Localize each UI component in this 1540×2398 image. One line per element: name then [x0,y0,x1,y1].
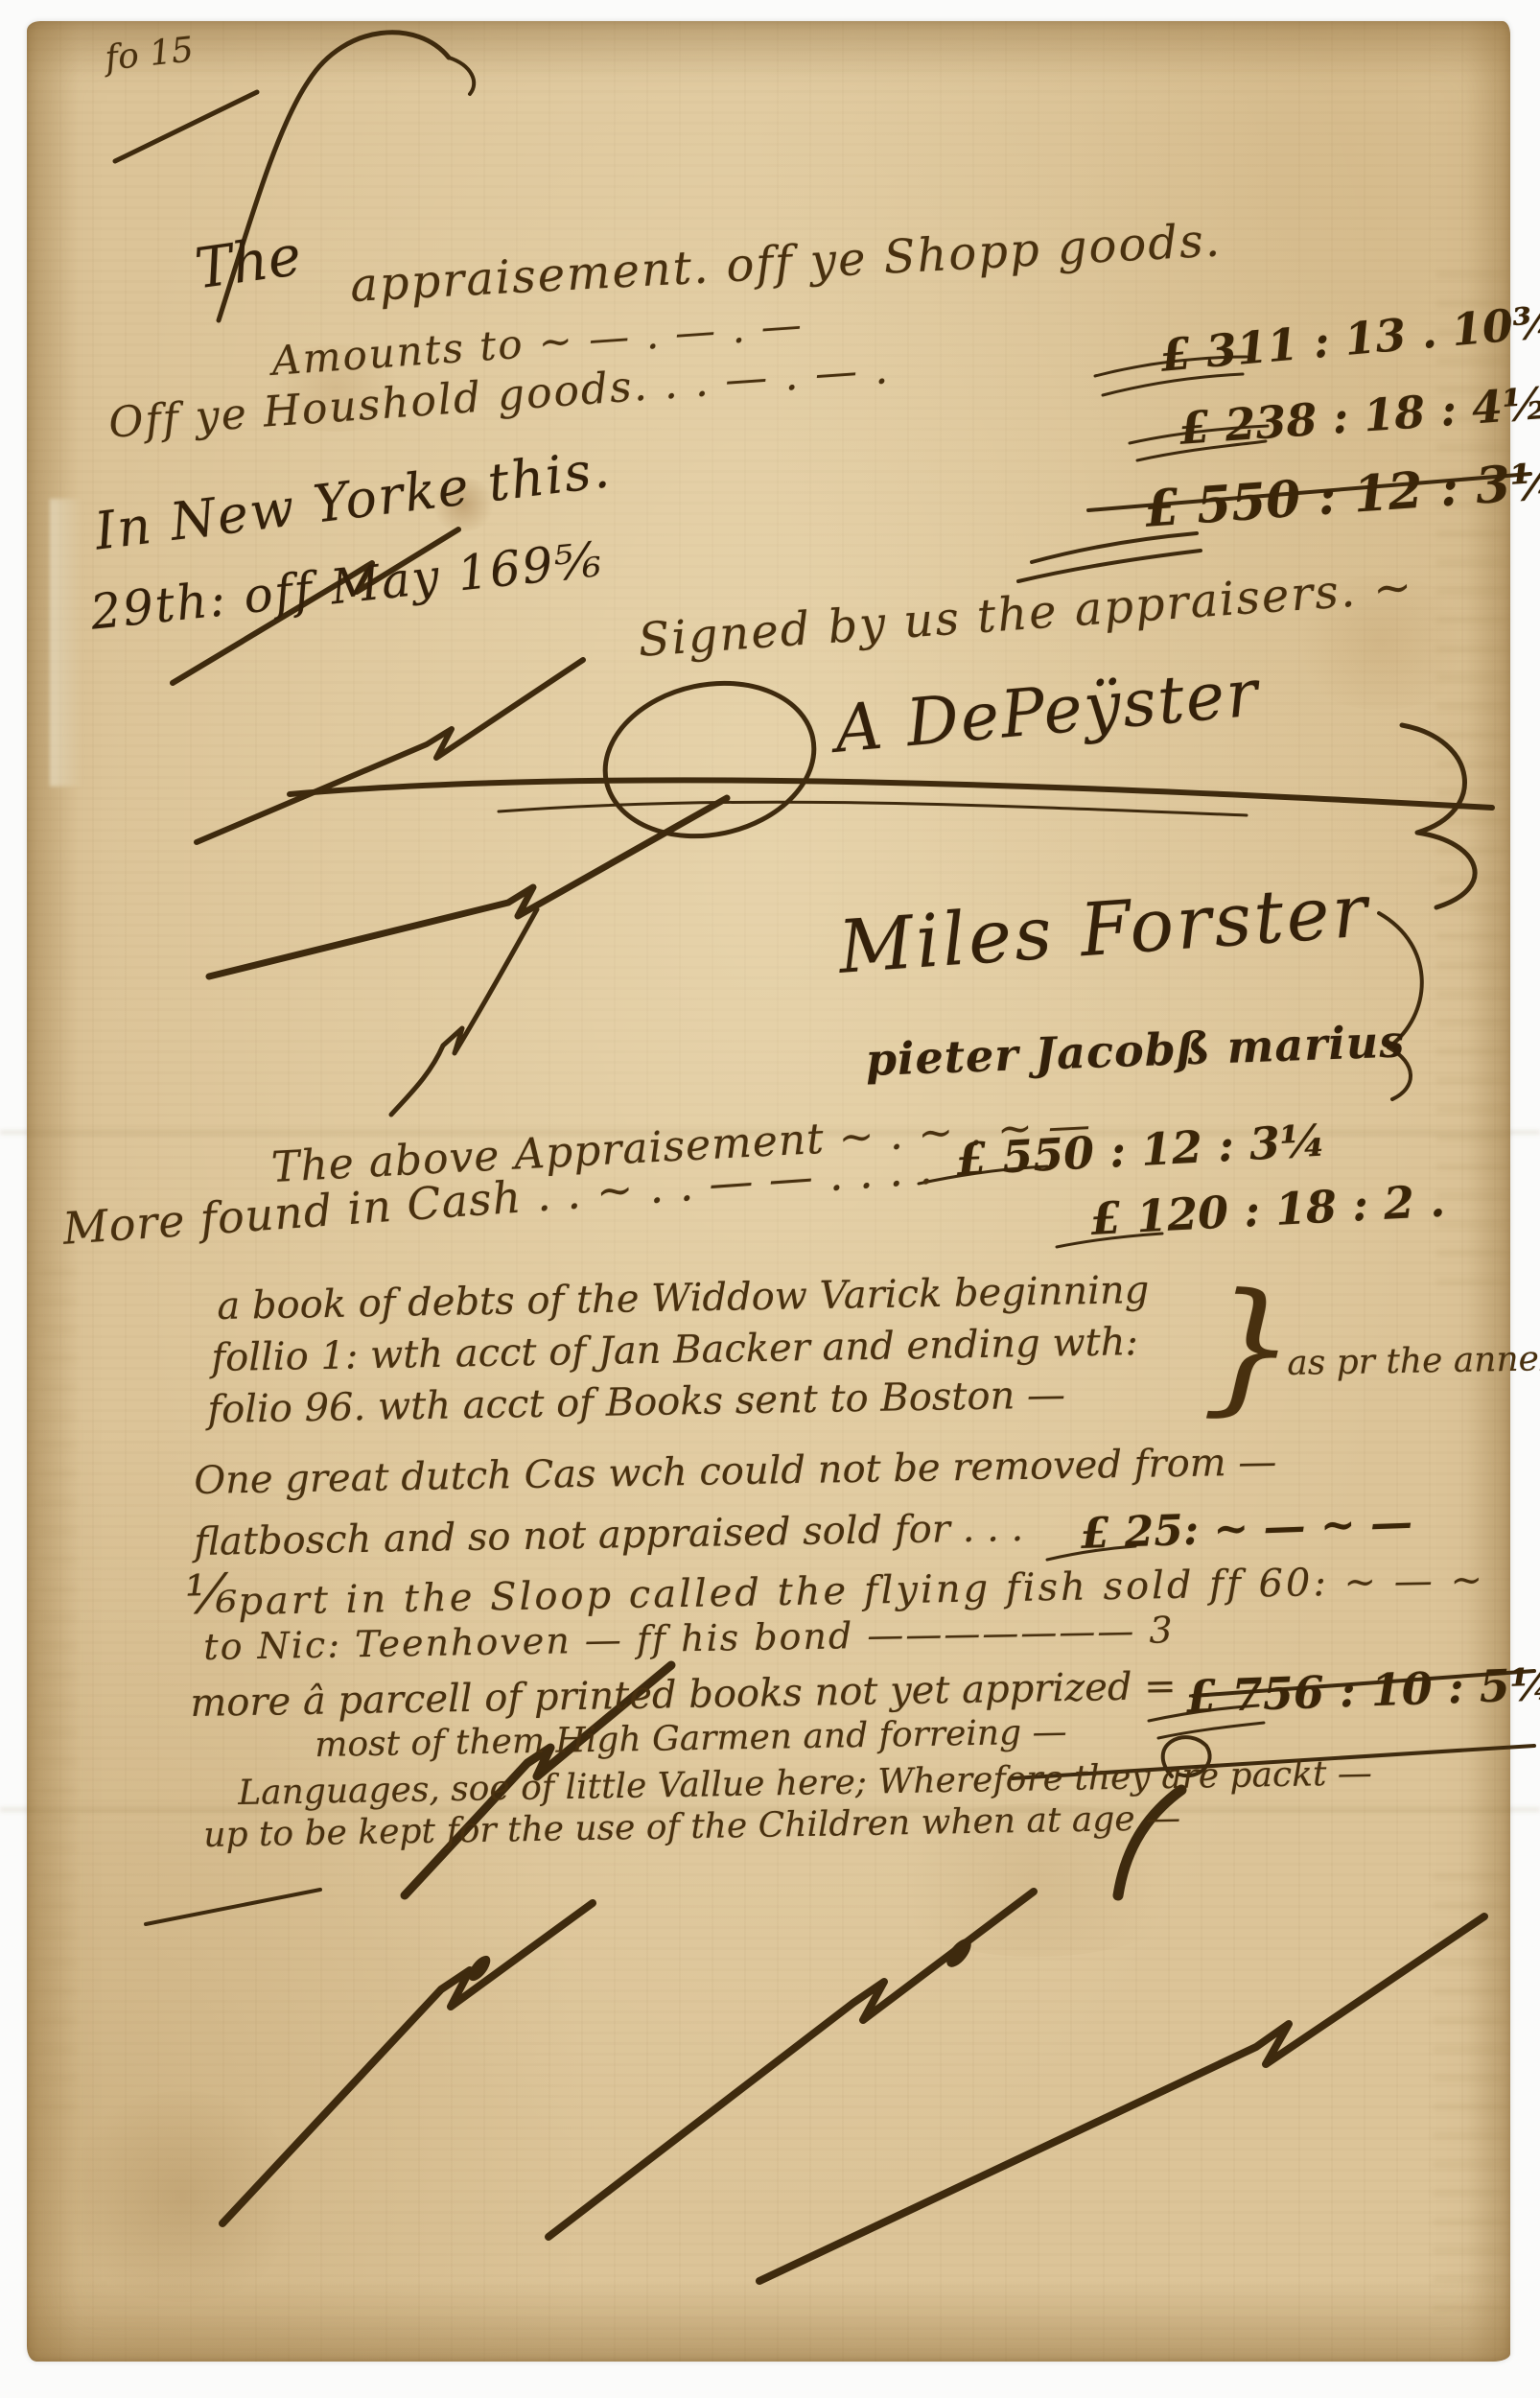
folio-mark: fo 15 [104,33,196,76]
printed-books-value: £ 756 : 10 : 5¼ [1185,1662,1540,1719]
debt-book-brace: } [1202,1274,1298,1421]
heading-initial: The [192,227,304,297]
scanned-document: fo 15 The appraisement. off ye Shopp goo… [0,0,1540,2398]
dutch-cas-value: £ 25: ~ — ~ — [1080,1502,1413,1556]
debt-book-note: as pr the annexed list. [1287,1340,1540,1381]
sloop-fraction: ⅙ [184,1567,238,1623]
